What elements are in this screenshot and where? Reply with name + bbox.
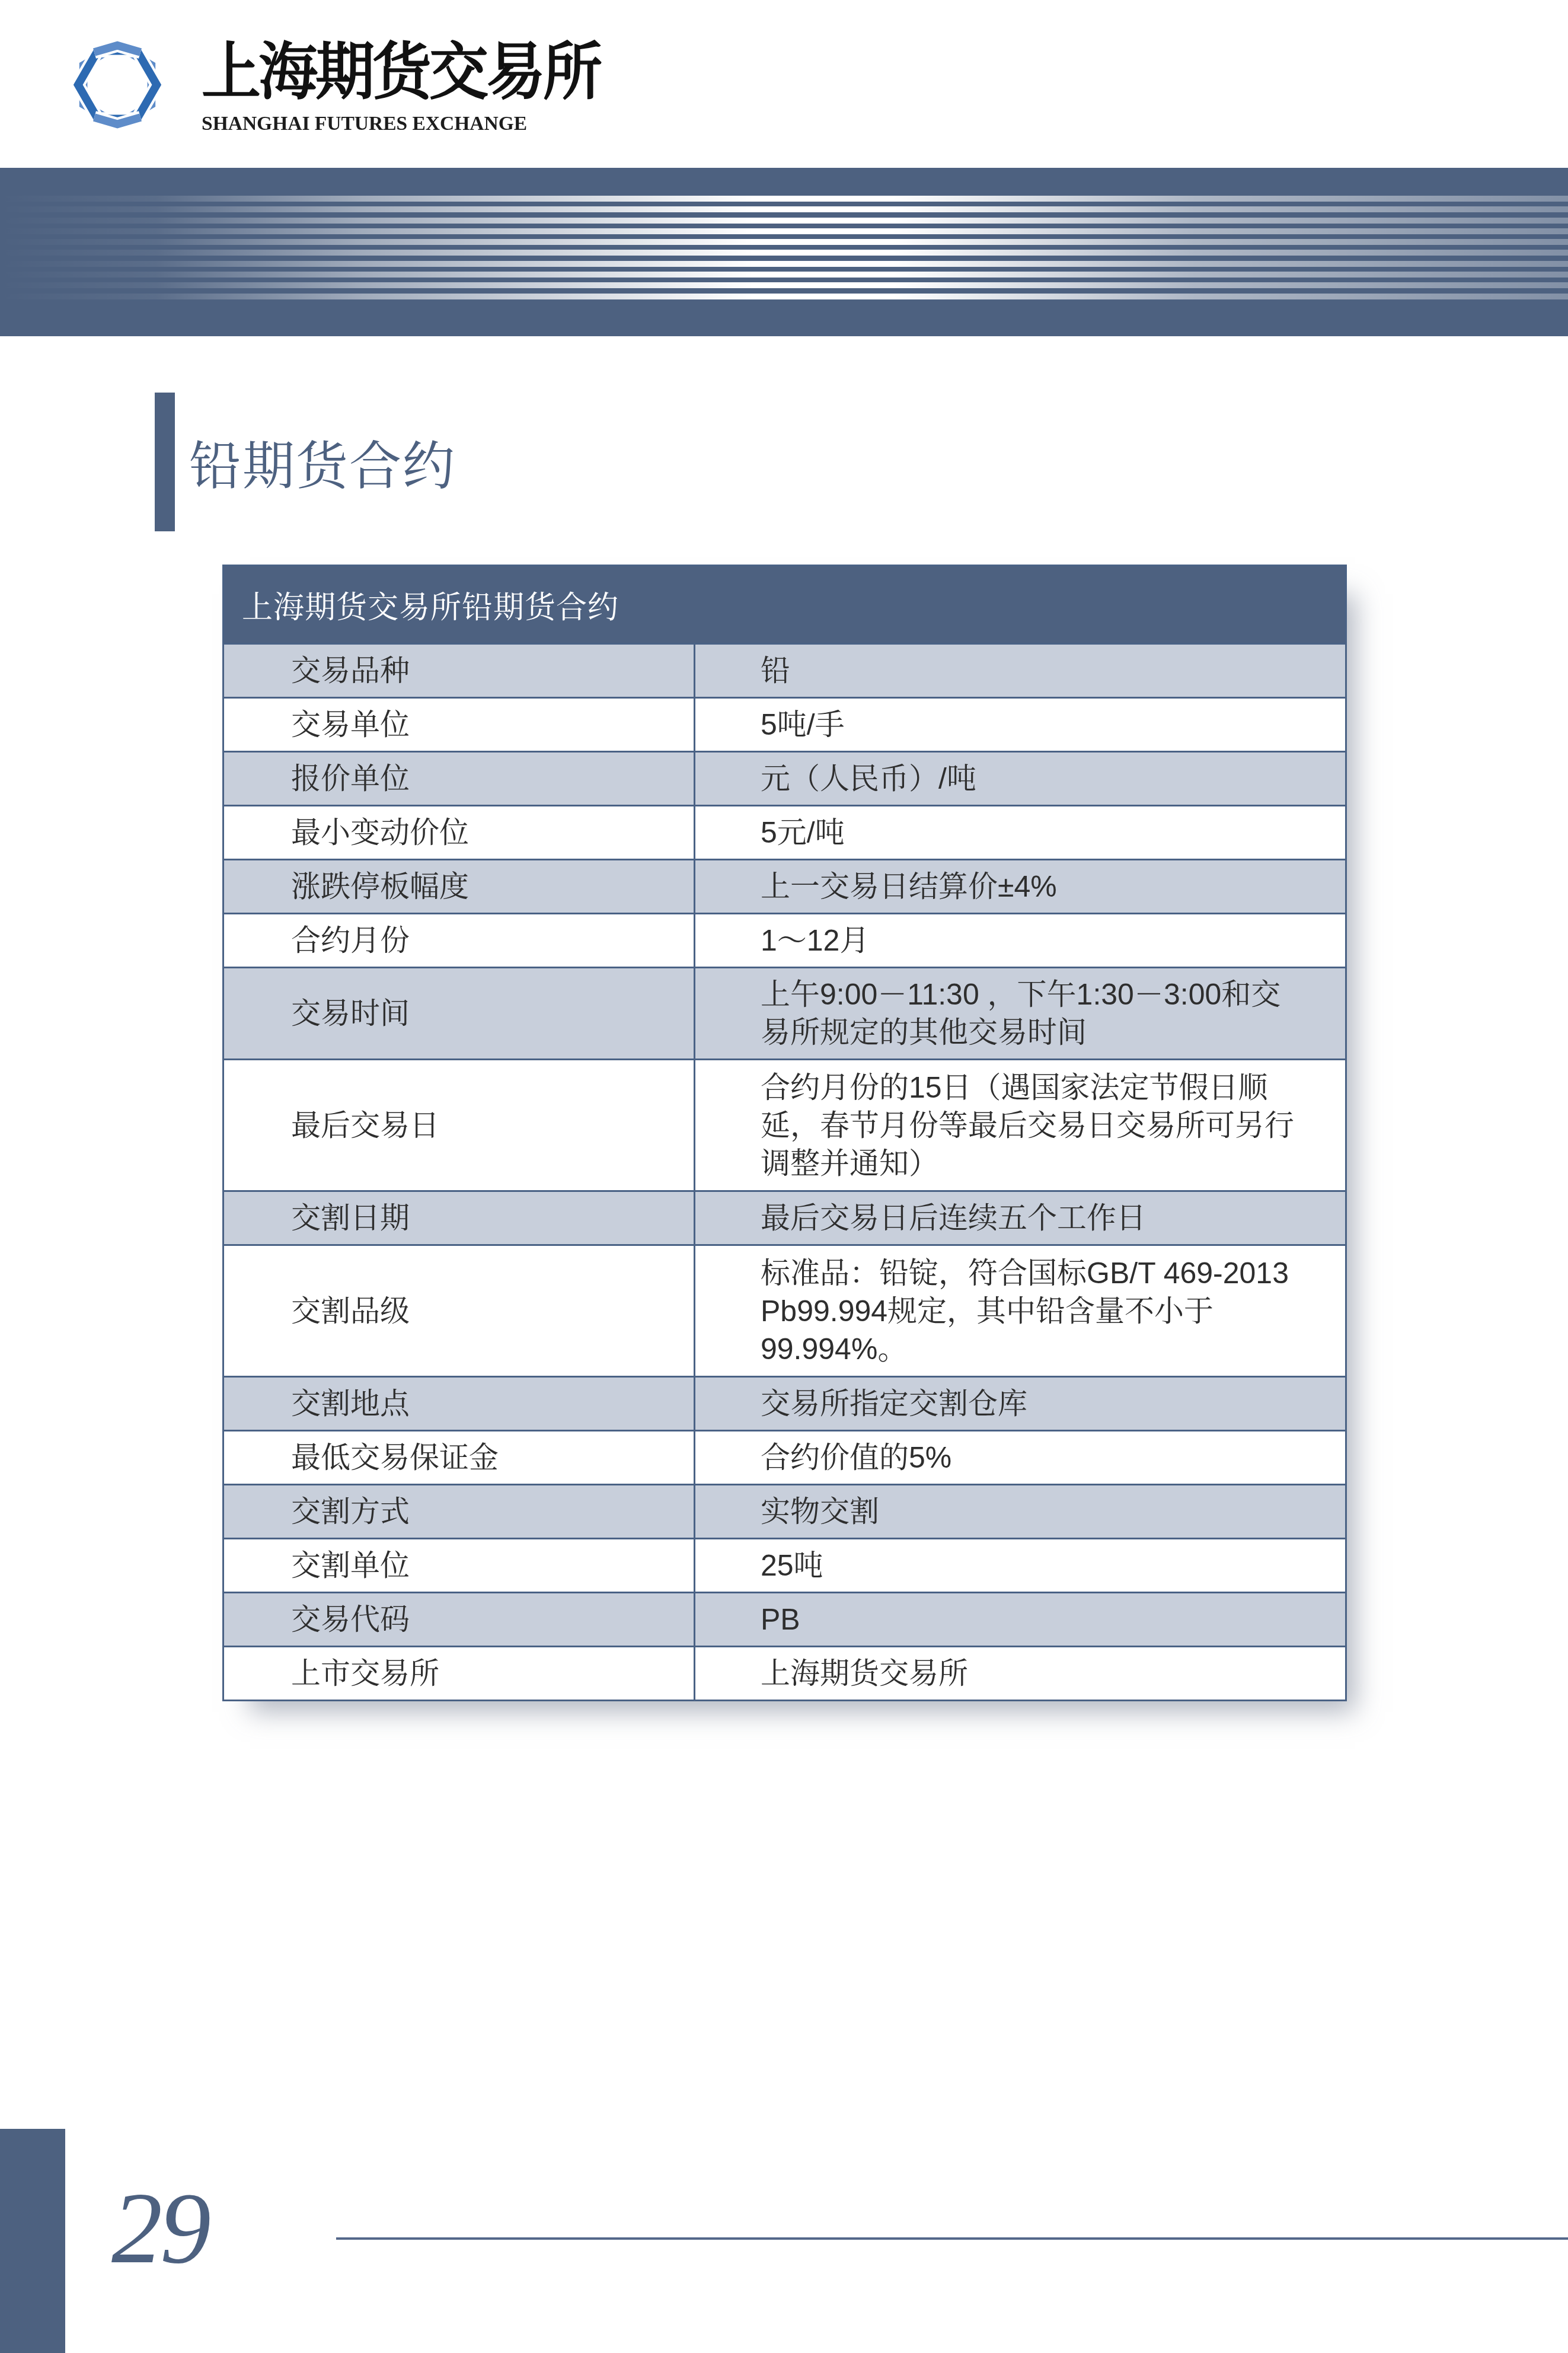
logo-chinese-name: 上海期货交易所 bbox=[202, 31, 534, 113]
row-value-cell: 合约月份的15日（遇国家法定节假日顺延，春节月份等最后交易日交易所可另行调整并通… bbox=[695, 1060, 1345, 1190]
logo-hexagons-icon bbox=[67, 34, 168, 135]
logo-english-name: SHANGHAI FUTURES EXCHANGE bbox=[202, 113, 525, 135]
table-row: 交割方式 实物交割 bbox=[224, 1484, 1345, 1538]
band-stripe bbox=[0, 282, 1568, 288]
table-row: 最低交易保证金 合约价值的5% bbox=[224, 1430, 1345, 1484]
table-row: 最小变动价位 5元/吨 bbox=[224, 805, 1345, 859]
band-stripe bbox=[0, 261, 1568, 267]
page-number: 29 bbox=[111, 2177, 209, 2279]
row-label-cell: 交易代码 bbox=[224, 1593, 695, 1646]
row-value-cell: 上海期货交易所 bbox=[695, 1647, 1345, 1700]
row-value-cell: 5吨/手 bbox=[695, 699, 1345, 751]
table-row: 最后交易日 合约月份的15日（遇国家法定节假日顺延，春节月份等最后交易日交易所可… bbox=[224, 1058, 1345, 1190]
row-value-cell: PB bbox=[695, 1593, 1345, 1646]
row-value-cell: 上一交易日结算价±4% bbox=[695, 860, 1345, 913]
footer-rule bbox=[336, 2237, 1568, 2240]
document-page: 上海期货交易所 SHANGHAI FUTURES EXCHANGE 铅期货合约 … bbox=[0, 0, 1568, 2353]
band-stripe bbox=[0, 206, 1568, 212]
row-value-cell: 25吨 bbox=[695, 1539, 1345, 1592]
row-value-cell: 标准品：铅锭，符合国标GB/T 469-2013 Pb99.994规定，其中铅含… bbox=[695, 1246, 1345, 1376]
page-title: 铅期货合约 bbox=[189, 425, 456, 499]
row-label-cell: 交易时间 bbox=[224, 968, 695, 1058]
row-value-cell: 合约价值的5% bbox=[695, 1431, 1345, 1484]
band-stripes bbox=[0, 196, 1568, 299]
table-row: 涨跌停板幅度 上一交易日结算价±4% bbox=[224, 859, 1345, 913]
section-title-block: 铅期货合约 bbox=[155, 393, 456, 531]
band-stripe bbox=[0, 250, 1568, 256]
table-row: 交易代码 PB bbox=[224, 1592, 1345, 1646]
row-label-cell: 最低交易保证金 bbox=[224, 1431, 695, 1484]
row-label-cell: 报价单位 bbox=[224, 753, 695, 805]
row-label-cell: 交易品种 bbox=[224, 645, 695, 697]
row-label-cell: 交易单位 bbox=[224, 699, 695, 751]
table-title: 上海期货交易所铅期货合约 bbox=[224, 566, 1345, 643]
band-stripe bbox=[0, 196, 1568, 202]
decorative-striped-band bbox=[0, 168, 1568, 336]
row-value-cell: 上午9:00－11:30 ，下午1:30－3:00和交易所规定的其他交易时间 bbox=[695, 968, 1345, 1058]
row-label-cell: 涨跌停板幅度 bbox=[224, 860, 695, 913]
table-row: 合约月份 1～12月 bbox=[224, 913, 1345, 967]
table-row: 报价单位 元（人民币）/吨 bbox=[224, 751, 1345, 805]
band-stripe bbox=[0, 228, 1568, 234]
table-row: 交割日期 最后交易日后连续五个工作日 bbox=[224, 1190, 1345, 1244]
table-row: 交割地点 交易所指定交割仓库 bbox=[224, 1376, 1345, 1430]
row-value-cell: 交易所指定交割仓库 bbox=[695, 1378, 1345, 1430]
row-label-cell: 最后交易日 bbox=[224, 1060, 695, 1190]
row-value-cell: 实物交割 bbox=[695, 1485, 1345, 1538]
table-row: 交割品级 标准品：铅锭，符合国标GB/T 469-2013 Pb99.994规定… bbox=[224, 1244, 1345, 1376]
table-row: 上市交易所 上海期货交易所 bbox=[224, 1646, 1345, 1700]
band-stripe bbox=[0, 272, 1568, 278]
row-value-cell: 5元/吨 bbox=[695, 806, 1345, 859]
table-row: 交割单位 25吨 bbox=[224, 1538, 1345, 1592]
table-row: 交易时间 上午9:00－11:30 ，下午1:30－3:00和交易所规定的其他交… bbox=[224, 967, 1345, 1058]
band-stripe bbox=[0, 218, 1568, 224]
band-stripe bbox=[0, 294, 1568, 299]
title-accent-bar bbox=[155, 393, 175, 531]
row-label-cell: 合约月份 bbox=[224, 914, 695, 967]
row-label-cell: 交割品级 bbox=[224, 1246, 695, 1376]
row-label-cell: 交割方式 bbox=[224, 1485, 695, 1538]
row-label-cell: 上市交易所 bbox=[224, 1647, 695, 1700]
row-value-cell: 1～12月 bbox=[695, 914, 1345, 967]
row-value-cell: 元（人民币）/吨 bbox=[695, 753, 1345, 805]
row-value-cell: 铅 bbox=[695, 645, 1345, 697]
row-label-cell: 交割地点 bbox=[224, 1378, 695, 1430]
row-label-cell: 交割单位 bbox=[224, 1539, 695, 1592]
table-row: 交易品种 铅 bbox=[224, 643, 1345, 697]
table-row: 交易单位 5吨/手 bbox=[224, 697, 1345, 751]
row-value-cell: 最后交易日后连续五个工作日 bbox=[695, 1192, 1345, 1244]
contract-spec-table: 上海期货交易所铅期货合约 交易品种 铅 交易单位 5吨/手 报价单位 元（人民币… bbox=[222, 565, 1347, 1701]
footer-accent-bar bbox=[0, 2129, 65, 2353]
row-label-cell: 最小变动价位 bbox=[224, 806, 695, 859]
band-stripe bbox=[0, 239, 1568, 245]
row-label-cell: 交割日期 bbox=[224, 1192, 695, 1244]
